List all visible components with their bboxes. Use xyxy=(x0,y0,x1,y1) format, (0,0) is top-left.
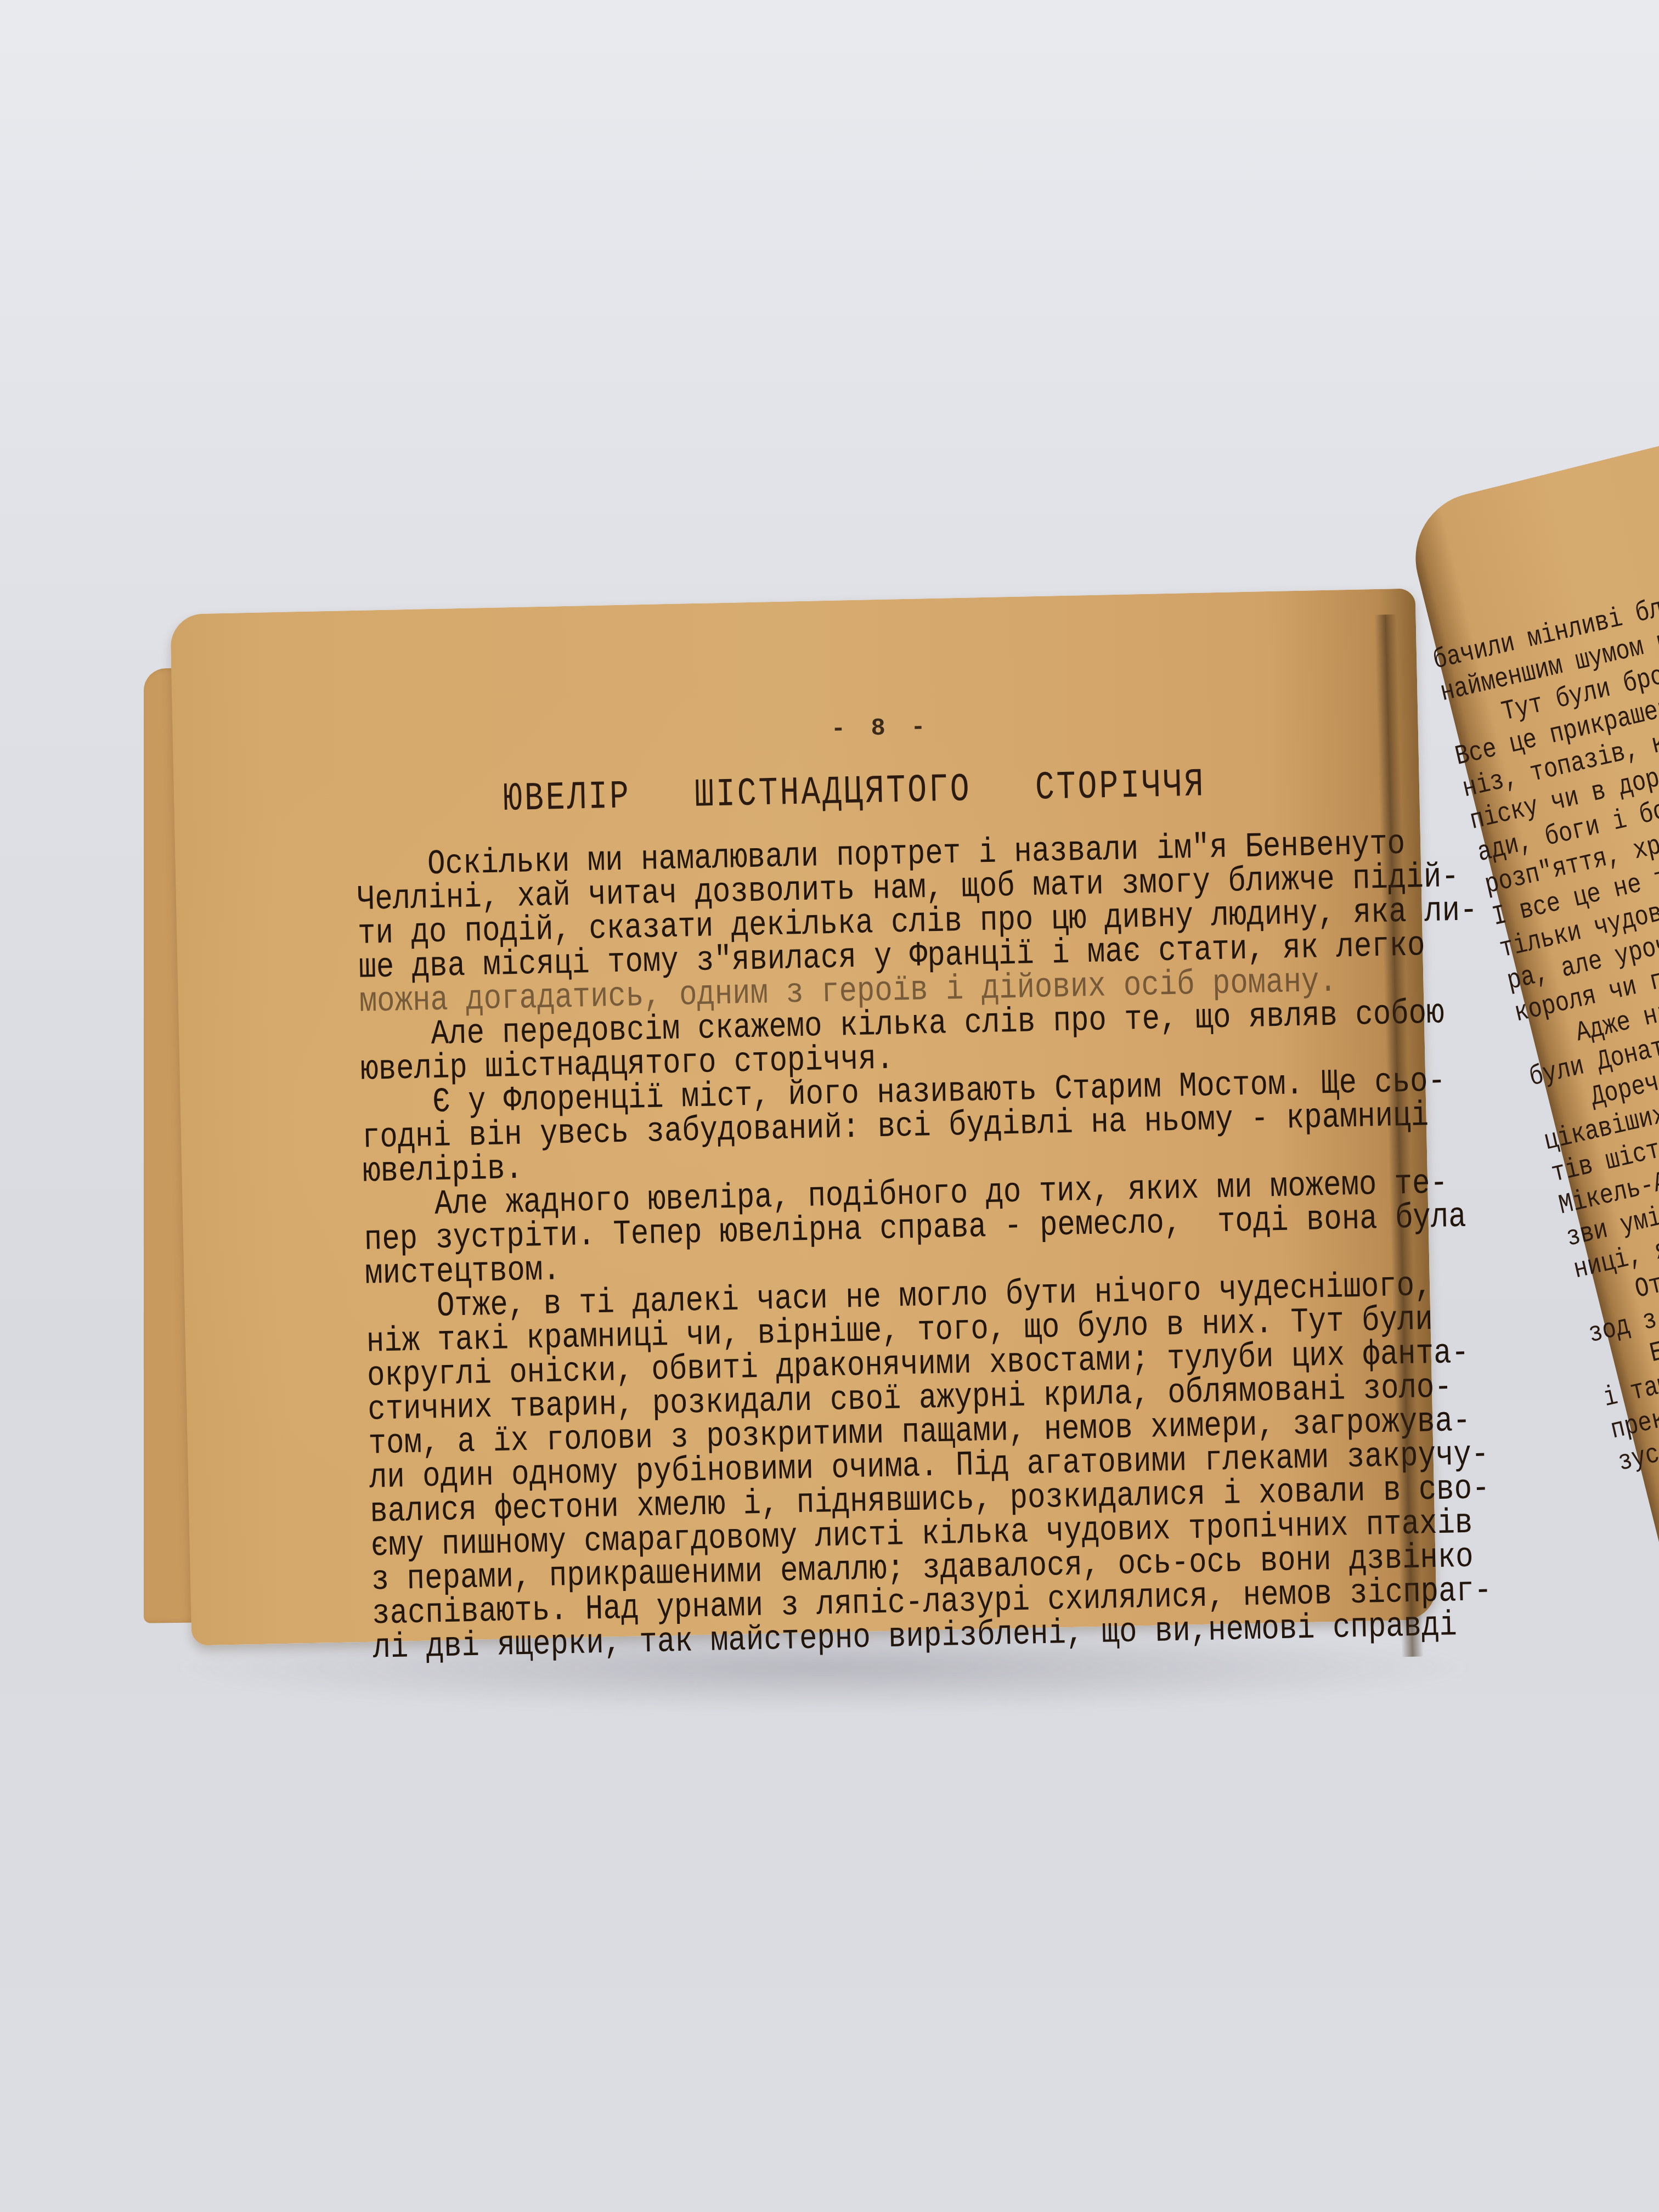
body-text: Оскільки ми намалювали портрет і назвали… xyxy=(356,825,1415,1662)
right-page-content: бачили мінливі блиски їхн найменшим шумо… xyxy=(1396,549,1659,1701)
chapter-title: ЮВЕЛІР ШІСТНАДЦЯТОГО СТОРІЧЧЯ xyxy=(503,763,1206,822)
page-number: - 8 - xyxy=(831,714,931,743)
photo-scene: - 8 - ЮВЕЛІР ШІСТНАДЦЯТОГО СТОРІЧЧЯ Оскі… xyxy=(0,0,1659,2212)
left-page-content: - 8 - ЮВЕЛІР ШІСТНАДЦЯТОГО СТОРІЧЧЯ Оскі… xyxy=(170,588,1437,1645)
left-page: - 8 - ЮВЕЛІР ШІСТНАДЦЯТОГО СТОРІЧЧЯ Оскі… xyxy=(170,588,1437,1645)
right-page-text: бачили мінливі блиски їхн найменшим шумо… xyxy=(1429,556,1659,1476)
